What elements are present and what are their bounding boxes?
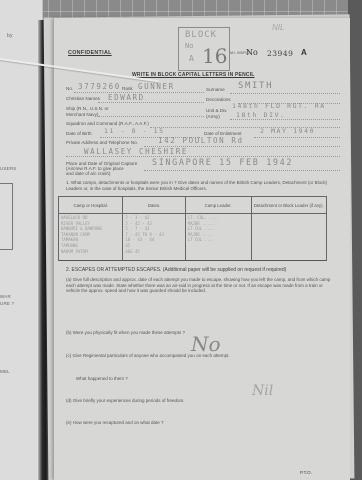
camps-table: Camp or Hospital. Dates. Camp Leader. De… bbox=[58, 196, 327, 261]
fragment-users: USERS bbox=[0, 166, 17, 171]
enlistment-value: 2 MAY 1940 bbox=[260, 127, 315, 135]
table-cell: NAKOM PATOM bbox=[61, 249, 120, 255]
dates-column-cell: 2 - 3 - 42 5 - 42 - 43 5 - 7 - 43 7 - 43… bbox=[123, 214, 185, 261]
stamp-word: BLOCK bbox=[185, 30, 217, 40]
serial-suffix: A bbox=[301, 48, 307, 57]
col-camp-leader: Camp Leader. bbox=[185, 197, 251, 214]
answer-2c: Nil bbox=[252, 383, 273, 399]
serial-prefix: No bbox=[246, 48, 258, 57]
fragment-ure: URE ? bbox=[0, 301, 14, 306]
unit-value: 148th FLD RGT. RA bbox=[232, 102, 326, 110]
camp-leader-column-cell: LT. COL. .... MAJOR ..... LT COL .... MA… bbox=[185, 214, 251, 261]
form-instruction: WRITE IN BLOCK CAPITAL LETTERS IN PENCIL bbox=[132, 72, 255, 78]
rule bbox=[98, 102, 204, 103]
address-label: Private Address and Telephone No. bbox=[66, 140, 138, 146]
stamp-no-label: No bbox=[185, 42, 193, 50]
top-annotation: NIL bbox=[272, 23, 284, 32]
rule bbox=[254, 137, 340, 138]
question-2c: (c) Give Regimental particulars of anyon… bbox=[66, 353, 230, 359]
christian-names-label: Christian Names bbox=[66, 96, 100, 102]
background-sheet: by USERS WAR URE ? MEL bbox=[0, 0, 43, 480]
christian-names-value: EDWARD bbox=[108, 93, 145, 102]
serial-number: 23949 bbox=[267, 49, 293, 58]
question-2a: (a) Give full description and approx. da… bbox=[66, 277, 336, 294]
stamp-number: 16 bbox=[202, 44, 227, 68]
decorations-label: Decorations bbox=[206, 97, 231, 103]
rule bbox=[230, 119, 340, 120]
pow-questionnaire-form: NIL CONFIDENTIAL BLOCK No A 16 M.I. 9/S/… bbox=[54, 18, 350, 480]
question-2e: (e) How were you recaptured and on what … bbox=[66, 420, 164, 426]
dob-value: 11 - 8 - 15 bbox=[104, 127, 165, 135]
rule bbox=[66, 156, 340, 157]
rule bbox=[98, 116, 204, 117]
please-turn-over: P.T.O. bbox=[300, 470, 312, 475]
fragment-war: WAR bbox=[0, 294, 11, 299]
address-value-line2: WALLASEY CHESHIRE bbox=[84, 147, 188, 156]
camp-column-cell: HAVELOCK RD RIVER VALLEY KANBURI & BANPO… bbox=[59, 214, 123, 261]
address-value-line1: 142 POULTON Rd bbox=[158, 136, 244, 145]
col-detachment-leader: Detachment or Block Leader (if any). bbox=[251, 197, 326, 214]
surname-value: SMITH bbox=[238, 81, 273, 91]
classification-label: CONFIDENTIAL bbox=[68, 50, 112, 56]
section2-title: 2. ESCAPES OR ATTEMPTED ESCAPES. (Additi… bbox=[66, 267, 346, 273]
section1-question: 1. What camps, detachments or hospitals … bbox=[66, 180, 336, 191]
table-header-row: Camp or Hospital. Dates. Camp Leader. De… bbox=[59, 197, 327, 214]
surname-label: Surname bbox=[206, 87, 225, 93]
rank-label: Rank bbox=[122, 86, 133, 92]
table-body-row: HAVELOCK RD RIVER VALLEY KANBURI & BANPO… bbox=[59, 214, 327, 261]
unit-division-value: 18th DIV. bbox=[236, 111, 286, 119]
question-2d: (d) Give briefly your experiences during… bbox=[66, 398, 185, 404]
capture-label-line3: and date of a/c crash) bbox=[66, 171, 110, 177]
fragment-by: by bbox=[7, 33, 13, 39]
question-2b: (b) Were you physically fit when you mad… bbox=[66, 330, 185, 336]
table-cell: AUG 45 bbox=[125, 249, 182, 255]
unit-label: Unit & Div. (Army) bbox=[206, 108, 234, 119]
col-camp: Camp or Hospital. bbox=[59, 197, 123, 214]
squadron-label: Squadron and Command (R.A.F., A.A.F.) bbox=[66, 121, 149, 127]
table-cell: LT COL .... bbox=[188, 237, 249, 243]
no-label: No. bbox=[66, 86, 73, 92]
detachment-leader-column-cell bbox=[251, 214, 326, 261]
rule bbox=[230, 93, 340, 94]
fragment-box bbox=[0, 183, 13, 250]
rule bbox=[144, 170, 340, 171]
rank-value: GUNNER bbox=[138, 82, 175, 91]
no-value: 3779260 bbox=[78, 82, 121, 91]
fragment-mel: MEL bbox=[0, 369, 10, 374]
question-2c-followup: What happened to them ? bbox=[76, 376, 128, 382]
stamp-letter: A bbox=[189, 54, 194, 63]
col-dates: Dates. bbox=[123, 197, 185, 214]
capture-value: SINGAPORE 15 FEB 1942 bbox=[152, 158, 293, 168]
dob-label: Date of Birth bbox=[66, 131, 92, 137]
block-stamp: BLOCK No A 16 bbox=[178, 27, 230, 71]
